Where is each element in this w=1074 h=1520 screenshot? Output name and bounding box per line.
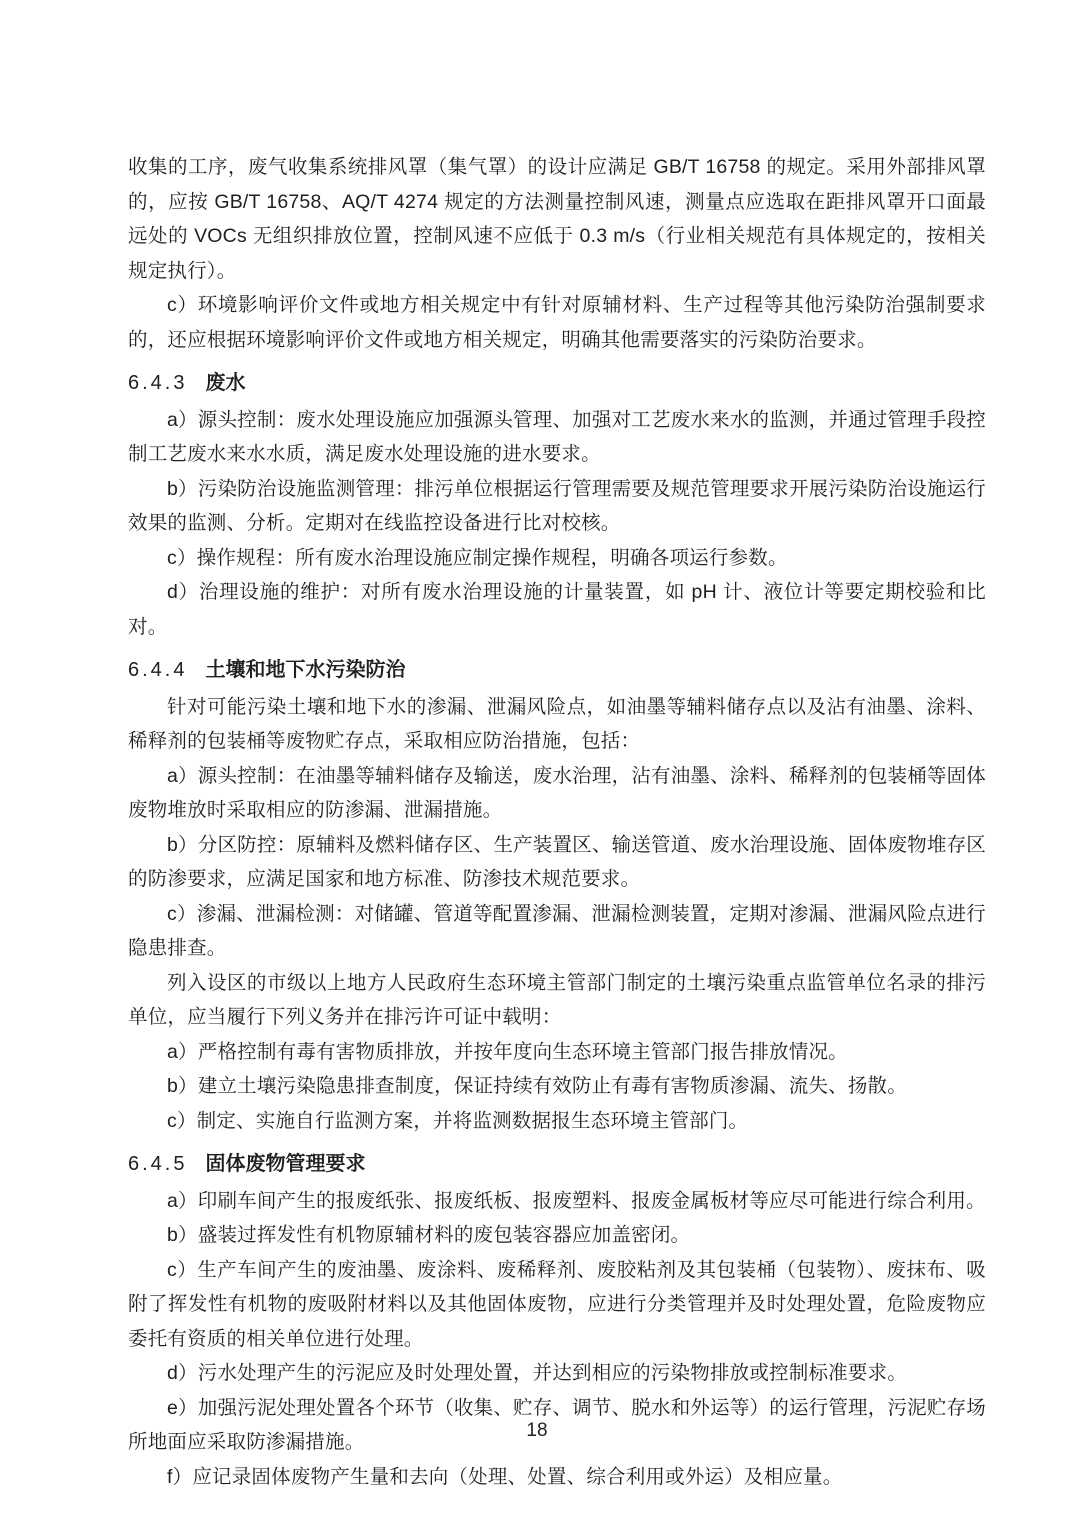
heading-title: 废水 [205,372,245,394]
paragraph: c）生产车间产生的废油墨、废涂料、废稀释剂、废胶粘剂及其包装桶（包装物）、废抹布… [128,1253,986,1357]
heading-number: 6.4.5 [128,1153,187,1175]
paragraph: 收集的工序，废气收集系统排风罩（集气罩）的设计应满足 GB/T 16758 的规… [128,150,986,288]
paragraph: d）污水处理产生的污泥应及时处理处置，并达到相应的污染物排放或控制标准要求。 [128,1356,986,1391]
paragraph: a）严格控制有毒有害物质排放，并按年度向生态环境主管部门报告排放情况。 [128,1035,986,1070]
paragraph: 针对可能污染土壤和地下水的渗漏、泄漏风险点，如油墨等辅料储存点以及沾有油墨、涂料… [128,690,986,759]
paragraph: 列入设区的市级以上地方人民政府生态环境主管部门制定的土壤污染重点监管单位名录的排… [128,966,986,1035]
page-number: 18 [526,1420,547,1441]
paragraph: c）操作规程：所有废水治理设施应制定操作规程，明确各项运行参数。 [128,541,986,576]
heading-number: 6.4.4 [128,659,187,681]
paragraph: a）源头控制：在油墨等辅料储存及输送，废水治理，沾有油墨、涂料、稀释剂的包装桶等… [128,759,986,828]
section-heading: 6.4.5固体废物管理要求 [128,1147,986,1182]
paragraph: b）分区防控：原辅料及燃料储存区、生产装置区、输送管道、废水治理设施、固体废物堆… [128,828,986,897]
section-heading: 6.4.3废水 [128,366,986,401]
paragraph: f）应记录固体废物产生量和去向（处理、处置、综合利用或外运）及相应量。 [128,1460,986,1495]
paragraph: b）盛装过挥发性有机物原辅材料的废包装容器应加盖密闭。 [128,1218,986,1253]
paragraph: b）污染防治设施监测管理：排污单位根据运行管理需要及规范管理要求开展污染防治设施… [128,472,986,541]
page-footer: 18 [0,1419,1074,1443]
paragraph: d）治理设施的维护：对所有废水治理设施的计量装置，如 pH 计、液位计等要定期校… [128,575,986,644]
paragraph: a）印刷车间产生的报废纸张、报废纸板、报废塑料、报废金属板材等应尽可能进行综合利… [128,1184,986,1219]
paragraph: c）环境影响评价文件或地方相关规定中有针对原辅材料、生产过程等其他污染防治强制要… [128,288,986,357]
heading-title: 固体废物管理要求 [205,1153,365,1175]
paragraph: b）建立土壤污染隐患排查制度，保证持续有效防止有毒有害物质渗漏、流失、扬散。 [128,1069,986,1104]
paragraph: c）制定、实施自行监测方案，并将监测数据报生态环境主管部门。 [128,1104,986,1139]
paragraph: a）源头控制：废水处理设施应加强源头管理、加强对工艺废水来水的监测，并通过管理手… [128,403,986,472]
heading-title: 土壤和地下水污染防治 [205,659,405,681]
section-heading: 6.4.4土壤和地下水污染防治 [128,653,986,688]
document-page: 收集的工序，废气收集系统排风罩（集气罩）的设计应满足 GB/T 16758 的规… [0,0,1074,1520]
heading-number: 6.4.3 [128,372,187,394]
paragraph: c）渗漏、泄漏检测：对储罐、管道等配置渗漏、泄漏检测装置，定期对渗漏、泄漏风险点… [128,897,986,966]
document-body: 收集的工序，废气收集系统排风罩（集气罩）的设计应满足 GB/T 16758 的规… [128,150,986,1494]
